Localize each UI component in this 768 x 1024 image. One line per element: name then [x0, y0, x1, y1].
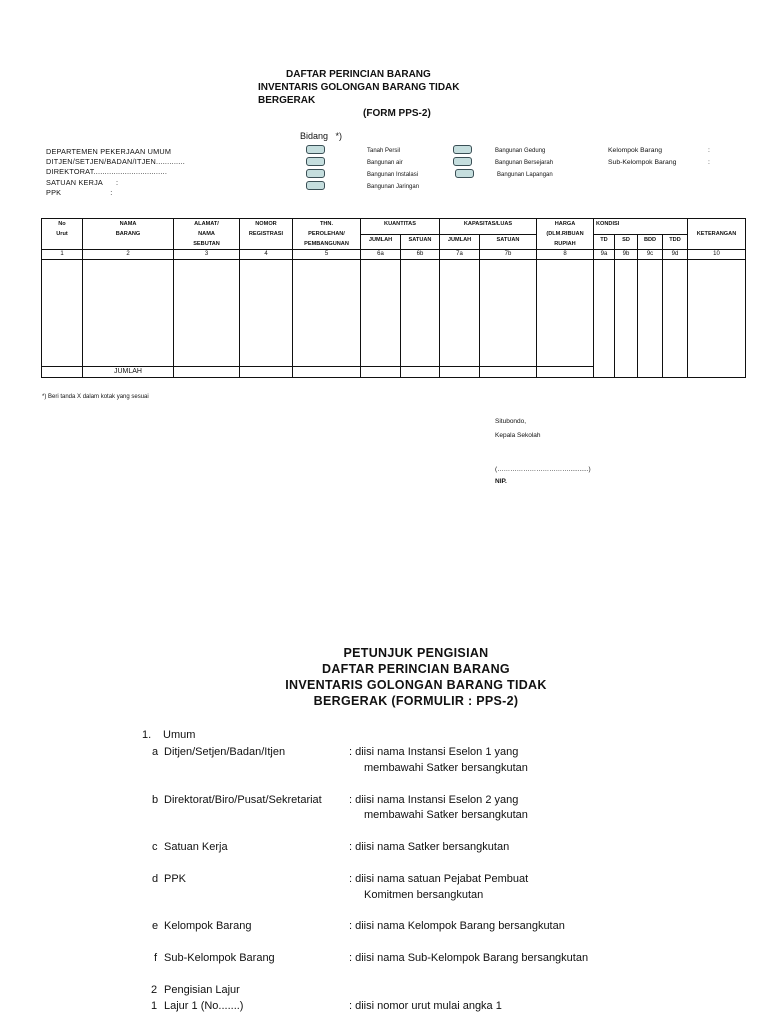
checkbox-tanah-persil[interactable]: [306, 145, 325, 154]
item-label: PPK: [164, 873, 186, 885]
column-number-row: 1 2 3 4 5 6a 6b 7a 7b 8 9a 9b 9c 9d 10: [42, 250, 746, 260]
item-desc: : diisi nama Instansi Eselon 1 yang: [349, 746, 518, 758]
item-desc: : diisi nama Satker bersangkutan: [349, 841, 509, 853]
cell[interactable]: [440, 260, 480, 367]
th-no: NoUrut: [42, 219, 83, 250]
th-thn: THN.PEROLEHAN/PEMBANGUNAN: [293, 219, 361, 250]
cell[interactable]: [240, 367, 293, 378]
th-kapasitas-jumlah: JUMLAH: [440, 234, 480, 250]
cell[interactable]: [174, 367, 240, 378]
col-num: 9a: [594, 250, 615, 260]
cell[interactable]: [594, 260, 615, 378]
bidang-note-mark: *): [336, 131, 343, 141]
kelompok-label: Kelompok Barang: [608, 147, 662, 154]
th-nama: NAMABARANG: [83, 219, 174, 250]
cell[interactable]: [663, 260, 688, 378]
label-tanah-persil: Tanah Persil: [367, 148, 400, 154]
cell[interactable]: [440, 367, 480, 378]
item-desc2: Komitmen bersangkutan: [364, 889, 483, 901]
col-num: 2: [83, 250, 174, 260]
signature-name: (……………………………...........): [495, 466, 591, 473]
item-label: Sub-Kelompok Barang: [164, 952, 275, 964]
petunjuk-title-line: DAFTAR PERINCIAN BARANG: [240, 661, 592, 677]
item-key: b: [152, 794, 158, 806]
col-num: 4: [240, 250, 293, 260]
lajur-desc: : diisi nomor urut mulai angka 1: [349, 1000, 502, 1012]
cell[interactable]: [361, 367, 401, 378]
th-kondisi-sd: SD: [615, 234, 638, 250]
checkbox-bangunan-bersejarah[interactable]: [453, 157, 472, 166]
cell[interactable]: [480, 260, 537, 367]
section-2-label: Pengisian Lajur: [164, 984, 240, 996]
col-num: 7a: [440, 250, 480, 260]
item-label: Direktorat/Biro/Pusat/Sekretariat: [164, 794, 322, 806]
lajur-label: Lajur 1 (No.......): [164, 1000, 243, 1012]
signature-place: Situbondo,: [495, 418, 526, 425]
th-kuantitas-satuan: SATUAN: [401, 234, 440, 250]
cell: [42, 367, 83, 378]
lajur-key: 1: [151, 1000, 157, 1012]
header-row-1: NoUrut NAMABARANG ALAMAT/NAMASEBUTAN NOM…: [42, 219, 746, 235]
item-desc: : diisi nama Sub-Kelompok Barang bersang…: [349, 952, 588, 964]
total-label: JUMLAH: [83, 367, 174, 378]
cell[interactable]: [688, 260, 746, 378]
header-ditjen: DITJEN/SETJEN/BADAN/ITJEN.............: [46, 157, 185, 167]
label-bangunan-jaringan: Bangunan Jaringan: [367, 184, 419, 190]
th-kondisi: KONDISI: [594, 219, 688, 235]
inventory-table: NoUrut NAMABARANG ALAMAT/NAMASEBUTAN NOM…: [41, 218, 746, 378]
form-title-line2: INVENTARIS GOLONGAN BARANG TIDAK: [258, 81, 498, 94]
label-bangunan-air: Bangunan air: [367, 160, 403, 166]
item-label: Ditjen/Setjen/Badan/Itjen: [164, 746, 285, 758]
header-direktorat: DIREKTORAT..............................…: [46, 167, 185, 177]
form-code: (FORM PPS-2): [258, 107, 498, 120]
cell[interactable]: [537, 260, 594, 367]
signature-position: Kepala Sekolah: [495, 432, 541, 439]
th-harga: HARGA(DLM.RIBUANRUPIAH: [537, 219, 594, 250]
item-desc: : diisi nama Kelompok Barang bersangkuta…: [349, 920, 565, 932]
form-title-line1: DAFTAR PERINCIAN BARANG: [258, 68, 498, 81]
th-nomor: NOMORREGISTRASI: [240, 219, 293, 250]
section-1-num: 1.: [142, 729, 151, 741]
cell[interactable]: [42, 260, 83, 367]
cell[interactable]: [537, 367, 594, 378]
sub-kelompok-label: Sub-Kelompok Barang: [608, 159, 676, 166]
col-num: 9d: [663, 250, 688, 260]
bidang-label: Bidang *): [300, 131, 342, 141]
checkbox-bangunan-air[interactable]: [306, 157, 325, 166]
col-num: 6b: [401, 250, 440, 260]
form-title: DAFTAR PERINCIAN BARANG INVENTARIS GOLON…: [258, 68, 498, 120]
cell[interactable]: [615, 260, 638, 378]
label-bangunan-gedung: Bangunan Gedung: [495, 148, 545, 154]
bidang-text: Bidang: [300, 131, 328, 141]
label-bangunan-lapangan: Bangunan Lapangan: [497, 172, 553, 178]
col-num: 10: [688, 250, 746, 260]
checkbox-bangunan-lapangan[interactable]: [455, 169, 474, 178]
cell[interactable]: [401, 260, 440, 367]
checkbox-bangunan-gedung[interactable]: [453, 145, 472, 154]
col-num: 8: [537, 250, 594, 260]
col-num: 7b: [480, 250, 537, 260]
header-departemen: DEPARTEMEN PEKERJAAN UMUM: [46, 147, 185, 157]
checkbox-bangunan-jaringan[interactable]: [306, 181, 325, 190]
petunjuk-title-line: PETUNJUK PENGISIAN: [240, 645, 592, 661]
th-kapasitas: KAPASITAS/LUAS: [440, 219, 537, 235]
item-key: c: [152, 841, 158, 853]
th-kondisi-td: TD: [594, 234, 615, 250]
section-1-label: Umum: [163, 729, 195, 741]
header-ppk: PPK :: [46, 188, 185, 198]
header-satuan-kerja: SATUAN KERJA :: [46, 178, 185, 188]
cell[interactable]: [361, 260, 401, 367]
cell[interactable]: [293, 260, 361, 367]
cell[interactable]: [174, 260, 240, 367]
cell[interactable]: [83, 260, 174, 367]
item-label: Satuan Kerja: [164, 841, 228, 853]
item-key: d: [152, 873, 158, 885]
item-desc: : diisi nama satuan Pejabat Pembuat: [349, 873, 528, 885]
th-kondisi-tdd: TDD: [663, 234, 688, 250]
col-num: 6a: [361, 250, 401, 260]
kelompok-sep: :: [708, 147, 710, 154]
item-desc2: membawahi Satker bersangkutan: [364, 809, 528, 821]
header-fields: DEPARTEMEN PEKERJAAN UMUM DITJEN/SETJEN/…: [46, 147, 185, 198]
petunjuk-title-line: BERGERAK (FORMULIR : PPS-2): [240, 693, 592, 709]
section-2-num: 2: [151, 984, 157, 996]
label-bangunan-instalasi: Bangunan Instalasi: [367, 172, 418, 178]
petunjuk-title-line: INVENTARIS GOLONGAN BARANG TIDAK: [240, 677, 592, 693]
th-kapasitas-satuan: SATUAN: [480, 234, 537, 250]
footnote: *) Beri tanda X dalam kotak yang sesuai: [42, 394, 149, 400]
cell[interactable]: [480, 367, 537, 378]
col-num: 5: [293, 250, 361, 260]
col-num: 9b: [615, 250, 638, 260]
cell[interactable]: [401, 367, 440, 378]
col-num: 9c: [638, 250, 663, 260]
th-alamat: ALAMAT/NAMASEBUTAN: [174, 219, 240, 250]
petunjuk-title: PETUNJUK PENGISIAN DAFTAR PERINCIAN BARA…: [240, 645, 592, 709]
cell[interactable]: [293, 367, 361, 378]
th-kuantitas-jumlah: JUMLAH: [361, 234, 401, 250]
cell[interactable]: [638, 260, 663, 378]
item-key: f: [154, 952, 157, 964]
th-kuantitas: KUANTITAS: [361, 219, 440, 235]
checkbox-bangunan-instalasi[interactable]: [306, 169, 325, 178]
cell[interactable]: [240, 260, 293, 367]
col-num: 3: [174, 250, 240, 260]
sub-kelompok-sep: :: [708, 159, 710, 166]
label-bangunan-bersejarah: Bangunan Bersejarah: [495, 160, 553, 166]
item-label: Kelompok Barang: [164, 920, 251, 932]
item-desc2: membawahi Satker bersangkutan: [364, 762, 528, 774]
th-kondisi-bdd: BDD: [638, 234, 663, 250]
col-num: 1: [42, 250, 83, 260]
form-title-line3: BERGERAK: [258, 94, 498, 107]
item-desc: : diisi nama Instansi Eselon 2 yang: [349, 794, 518, 806]
table-row: [42, 260, 746, 367]
item-key: a: [152, 746, 158, 758]
item-key: e: [152, 920, 158, 932]
th-keterangan: KETERANGAN: [688, 219, 746, 250]
signature-nip: NIP.: [495, 478, 507, 485]
